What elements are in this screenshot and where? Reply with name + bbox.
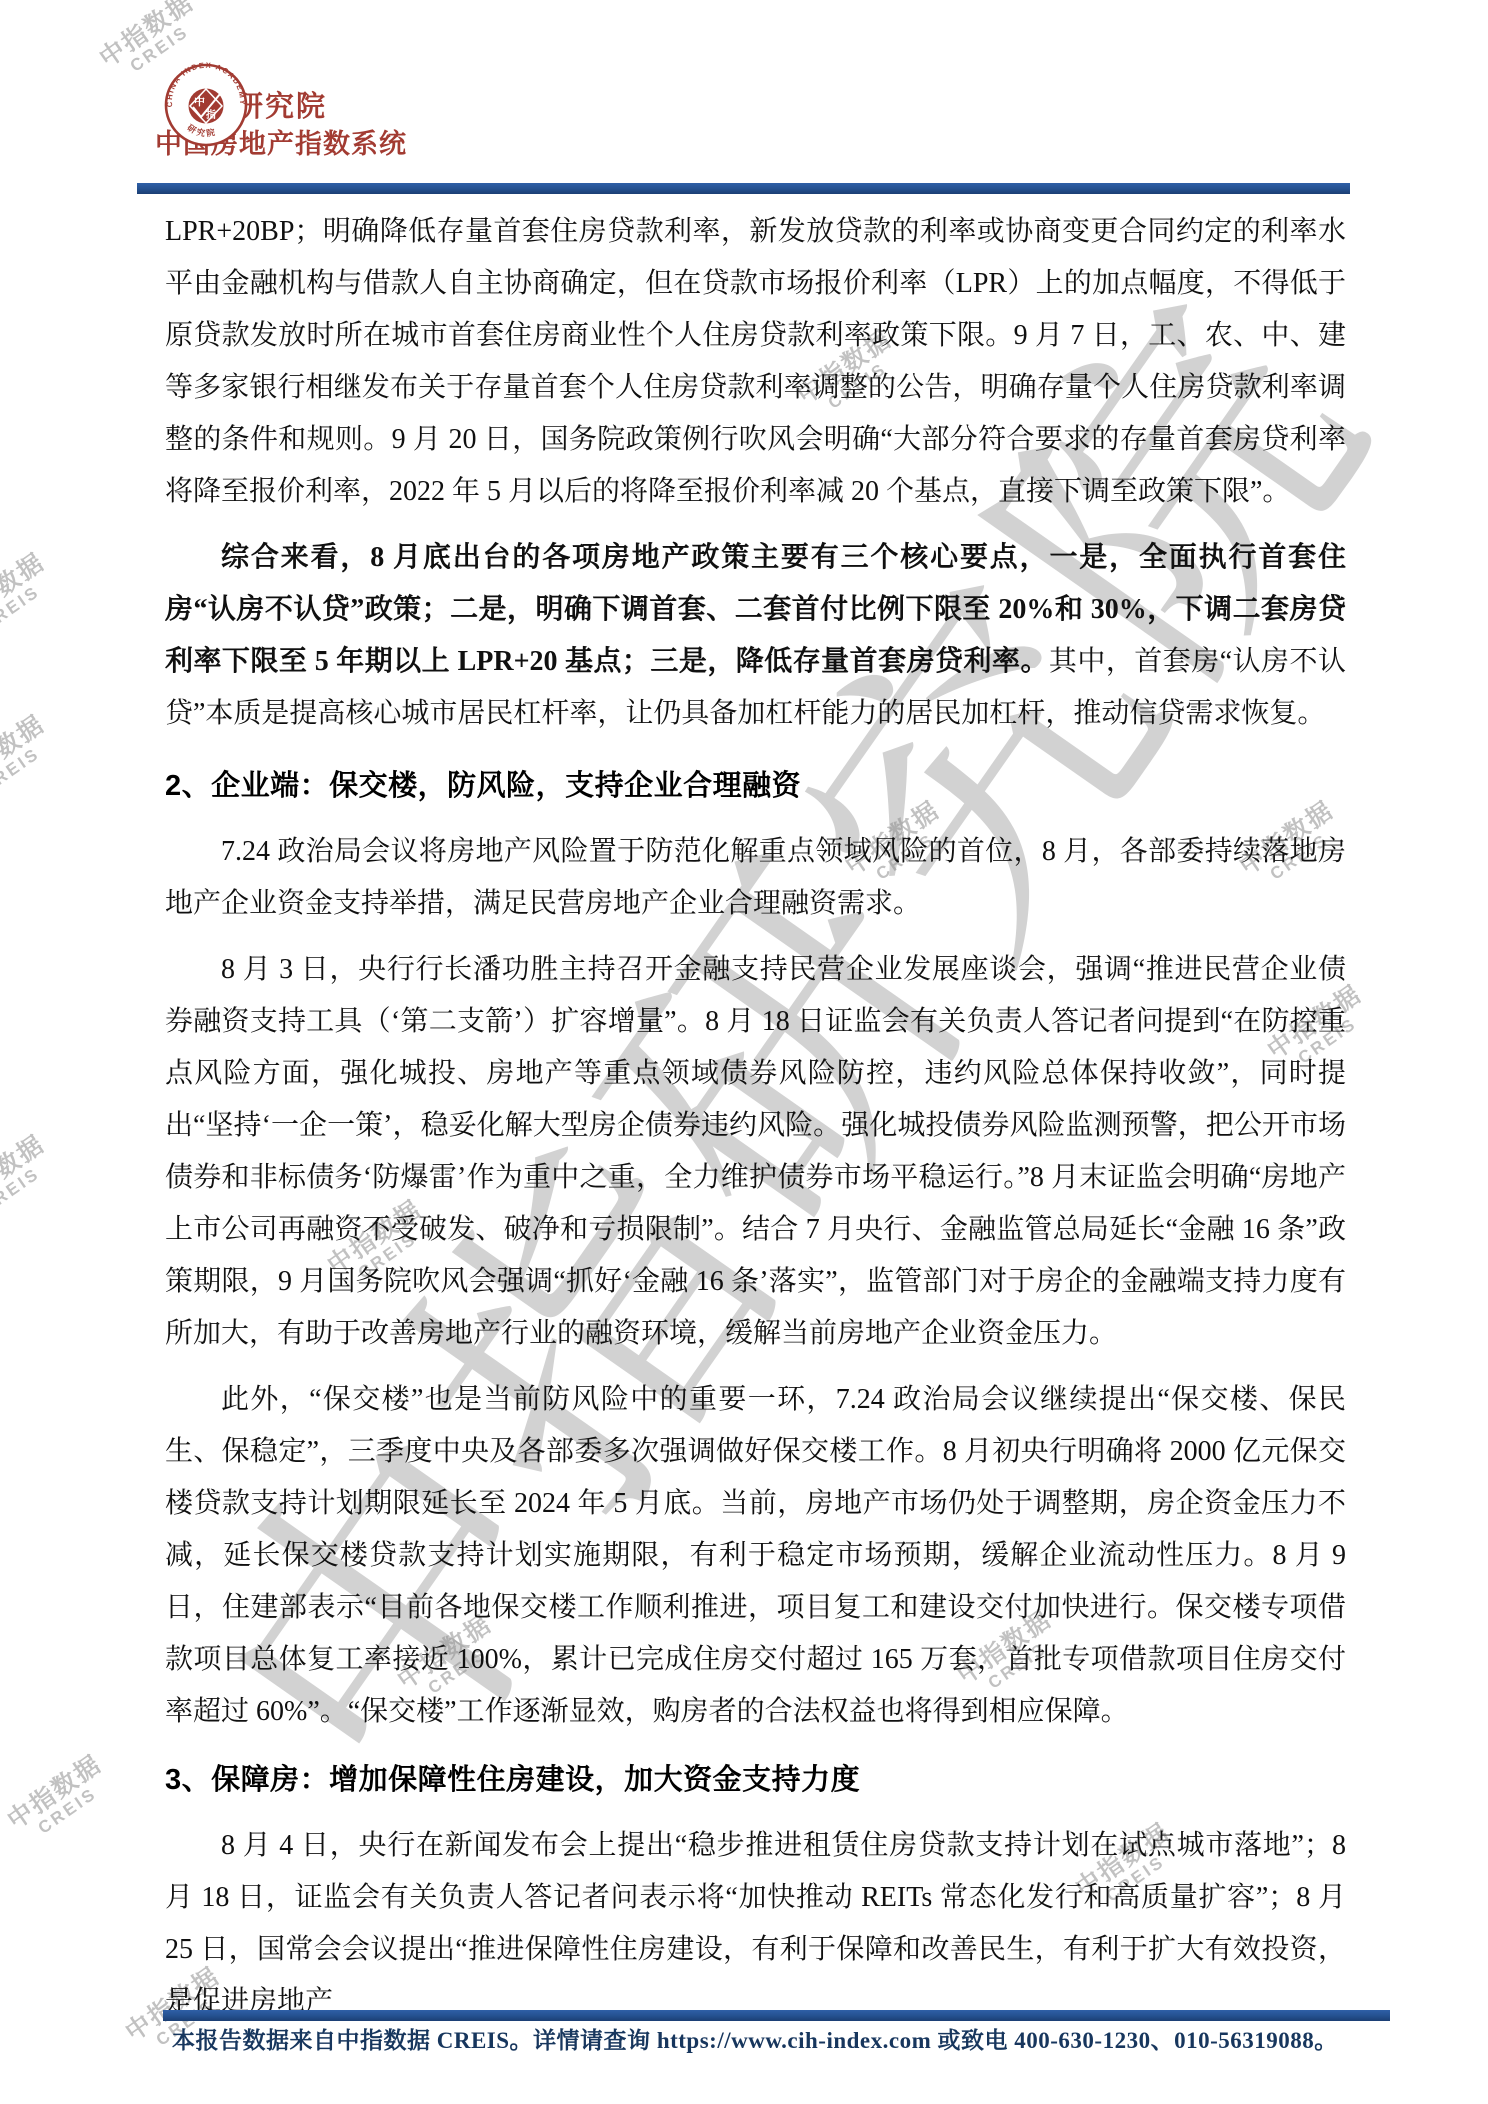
paragraph-politburo: 7.24 政治局会议将房地产风险置于防范化解重点领域风险的首位，8 月，各部委持… (165, 826, 1346, 930)
org-seal-icon: CHINA INDEX ACADEMY 研 究 院 中 指 (162, 60, 250, 148)
section-heading-enterprise: 2、企业端：保交楼，防风险，支持企业合理融资 (165, 760, 1346, 812)
section-heading-affordable-housing: 3、保障房：增加保障性住房建设，加大资金支持力度 (165, 1754, 1346, 1806)
seal-char-top: 中 (194, 94, 205, 108)
watermark-small: 中指数据CREIS (3, 1751, 116, 1848)
watermark-small: 中指数据CREIS (0, 711, 60, 808)
paragraph-financing: 8 月 3 日，央行行长潘功胜主持召开金融支持民营企业发展座谈会，强调“推进民营… (165, 944, 1346, 1360)
paragraph-lpr-continuation: LPR+20BP；明确降低存量首套住房贷款利率，新发放贷款的利率或协商变更合同约… (165, 206, 1346, 518)
footer-note-suffix: 或致电 400-630-1230、010-56319088。 (931, 2028, 1337, 2053)
report-body: LPR+20BP；明确降低存量首套住房贷款利率，新发放贷款的利率或协商变更合同约… (165, 206, 1346, 2028)
watermark-small: 中指数据CREIS (0, 1131, 60, 1228)
footer-divider (163, 2010, 1390, 2021)
footer-note-prefix: 本报告数据来自中指数据 CREIS。详情请查询 (172, 2028, 657, 2053)
footer-note: 本报告数据来自中指数据 CREIS。详情请查询 https://www.cih-… (172, 2022, 1338, 2055)
seal-char-bottom: 指 (206, 108, 216, 121)
header-divider (137, 183, 1350, 194)
footer-link[interactable]: https://www.cih-index.com (657, 2028, 931, 2053)
paragraph-policy-summary: 综合来看，8 月底出台的各项房地产政策主要有三个核心要点，一是，全面执行首套住房… (165, 532, 1346, 740)
report-page: 中指研究院 中指数据CREIS 中指数据CREIS 中指数据CREIS 中指数据… (0, 0, 1488, 2104)
paragraph-affordable-housing: 8 月 4 日，央行在新闻发布会上提出“稳步推进租赁住房贷款支持计划在试点城市落… (165, 1820, 1346, 2028)
paragraph-baojiaolou: 此外，“保交楼”也是当前防风险中的重要一环，7.24 政治局会议继续提出“保交楼… (165, 1374, 1346, 1738)
watermark-small: 中指数据CREIS (0, 549, 60, 646)
